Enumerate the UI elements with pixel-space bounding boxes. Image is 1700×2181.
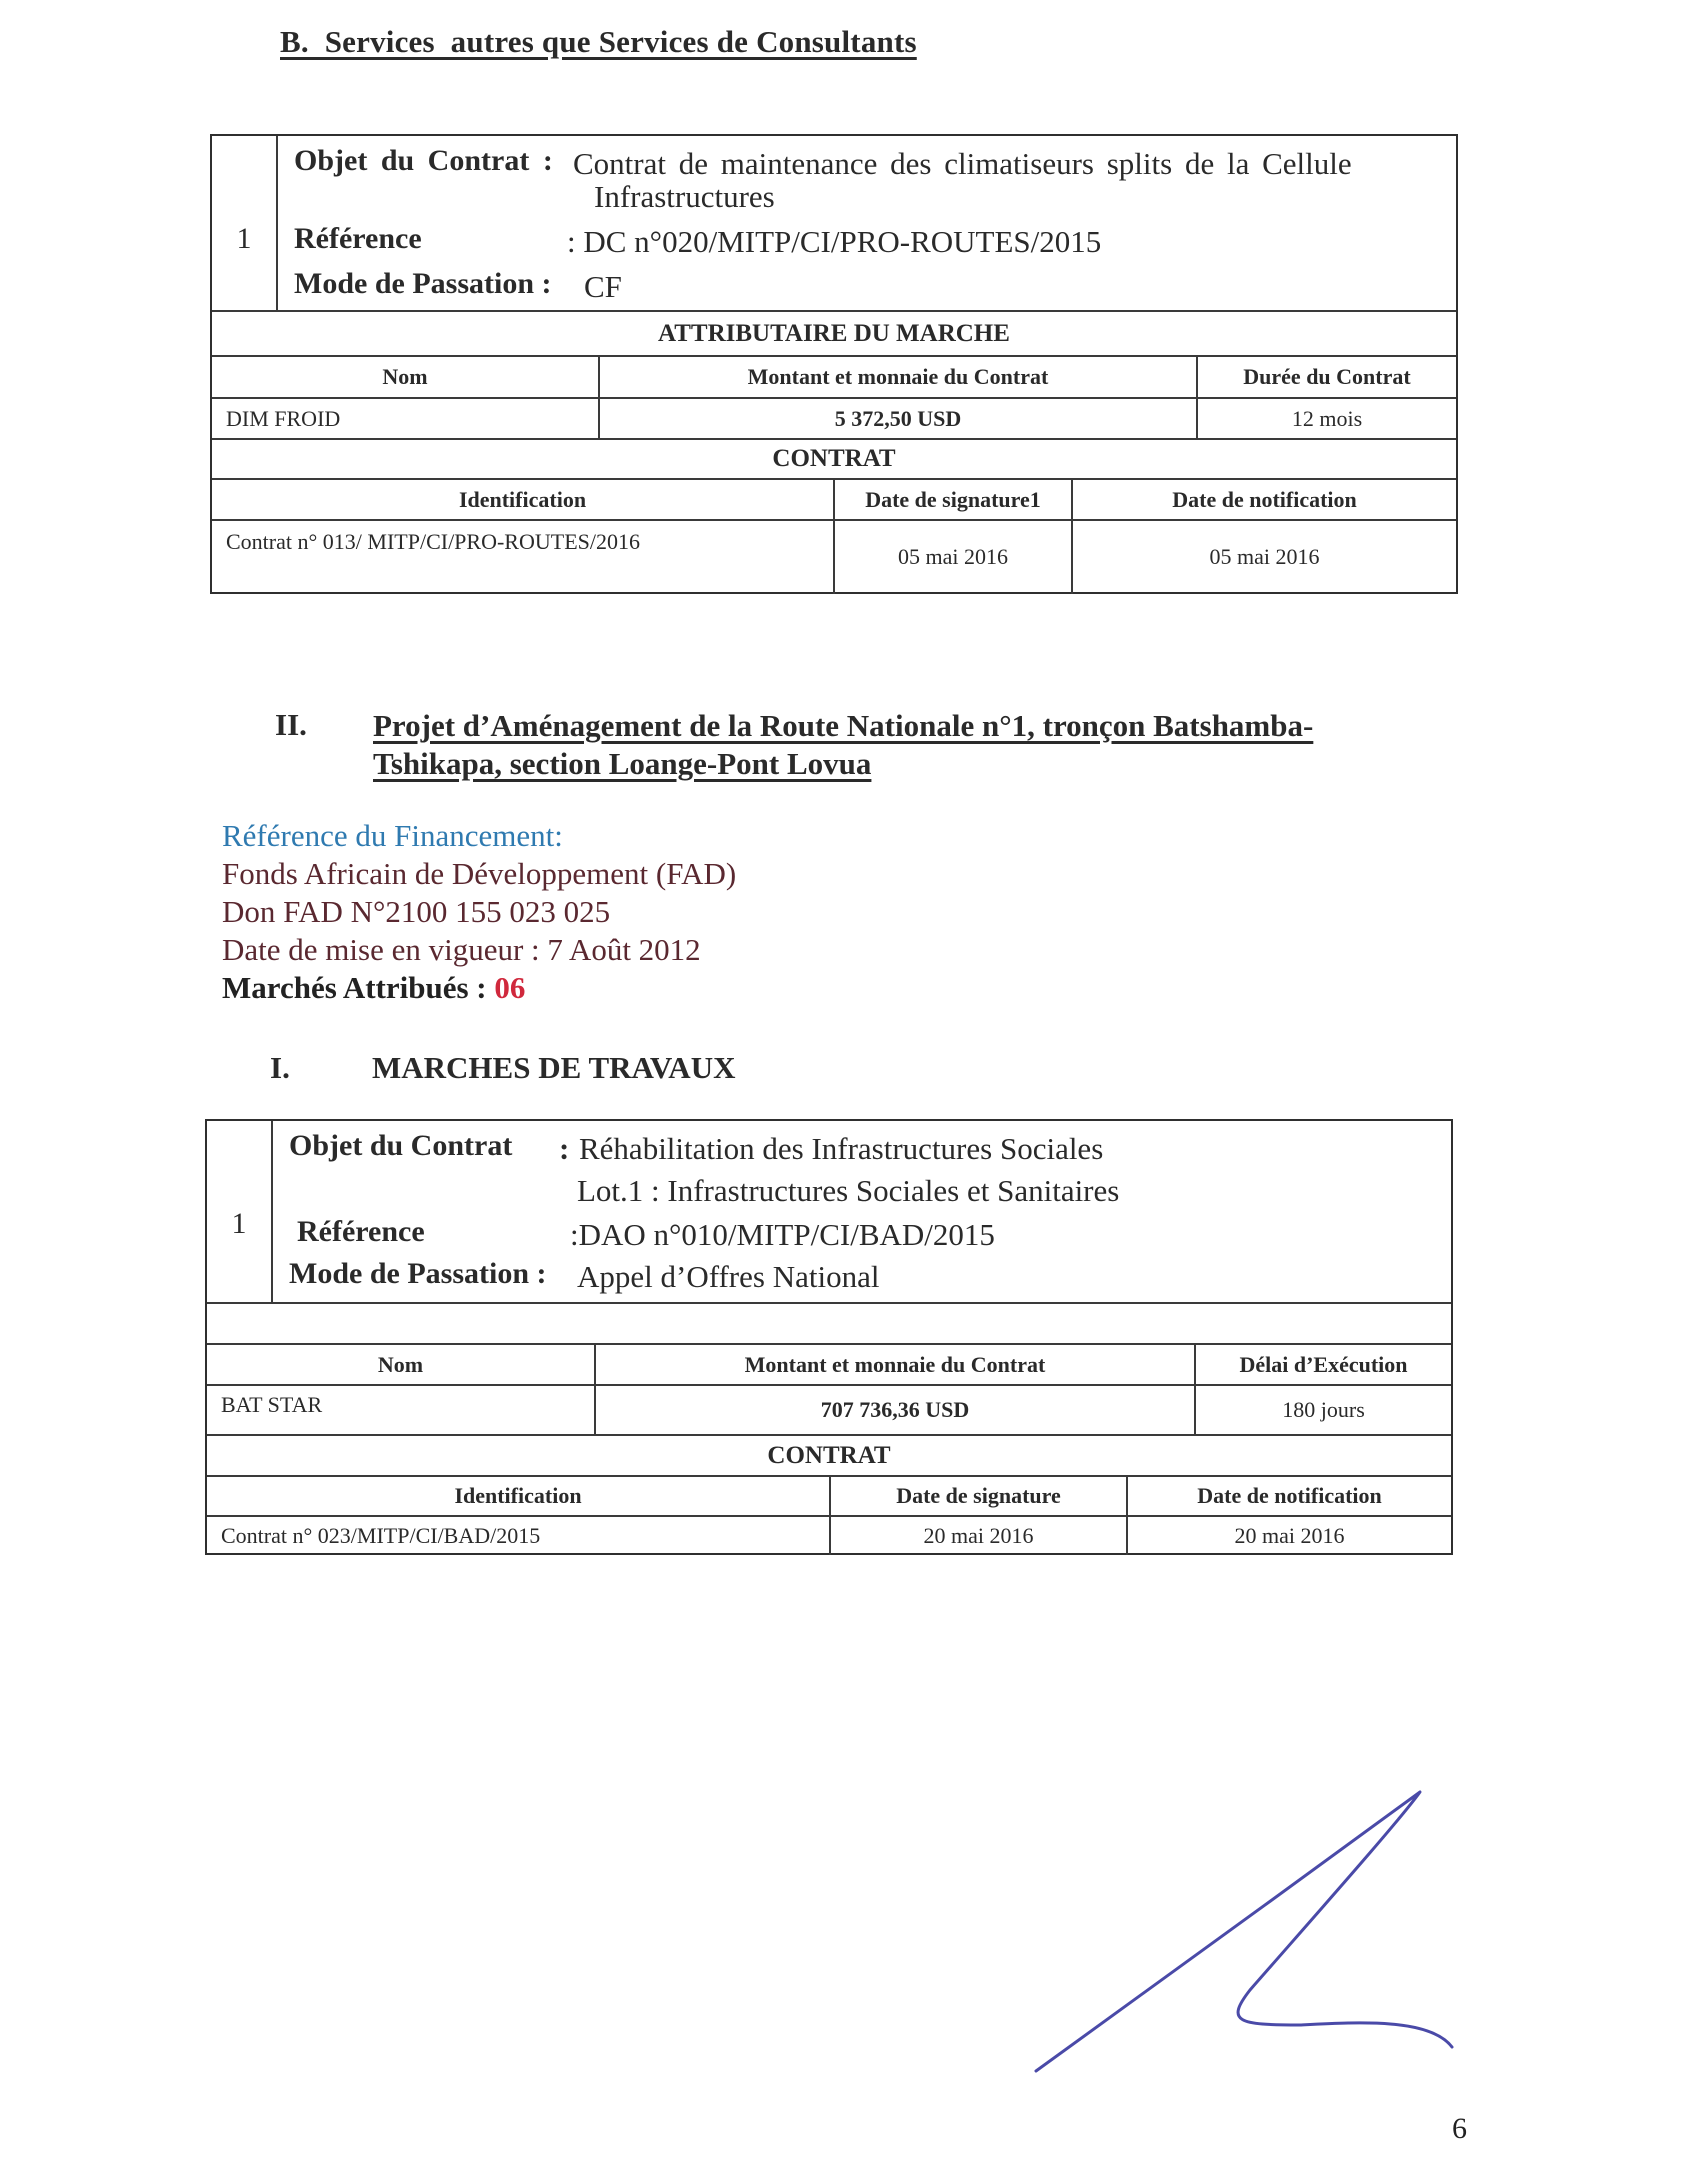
col-identification: Identification: [207, 1477, 829, 1515]
contract-table-1: 1 Objet du Contrat : Contrat de maintena…: [210, 134, 1458, 594]
contrat-header: CONTRAT: [207, 1436, 1451, 1475]
attributaire-delai: 180 jours: [1196, 1386, 1451, 1434]
reference-value: : DC n°020/MITP/CI/PRO-ROUTES/2015: [567, 224, 1101, 260]
marches-label: Marchés Attribués :: [222, 970, 494, 1005]
reference-label: Référence: [294, 222, 422, 256]
attributaire-header: ATTRIBUTAIRE DU MARCHE: [212, 312, 1456, 355]
section-ii-number: II.: [275, 707, 307, 743]
row-number: 1: [207, 1121, 271, 1241]
contrat-date-notification: 20 mai 2016: [1128, 1517, 1451, 1555]
reference-label: Référence: [297, 1215, 425, 1249]
objet-colon: :: [559, 1131, 569, 1167]
col-delai: Délai d’Exécution: [1196, 1345, 1451, 1384]
signature-icon: [1000, 1760, 1500, 2100]
col-date-notification: Date de notification: [1073, 480, 1456, 519]
objet-value-cont: Infrastructures: [594, 179, 775, 215]
contrat-date-notification: 05 mai 2016: [1073, 521, 1456, 592]
col-montant: Montant et monnaie du Contrat: [596, 1345, 1194, 1384]
attributaire-montant: 5 372,50 USD: [600, 399, 1196, 438]
contrat-date-signature: 20 mai 2016: [831, 1517, 1126, 1555]
objet-value-cont: Lot.1 : Infrastructures Sociales et Sani…: [577, 1173, 1119, 1209]
contract-table-2: 1 Objet du Contrat : Réhabilitation des …: [205, 1119, 1453, 1555]
mode-value: CF: [584, 269, 622, 305]
col-montant: Montant et monnaie du Contrat: [600, 357, 1196, 397]
col-date-notification: Date de notification: [1128, 1477, 1451, 1515]
financement-fund: Fonds Africain de Développement (FAD): [222, 856, 736, 892]
marches-attribues: Marchés Attribués : 06: [222, 970, 525, 1006]
row-number: 1: [212, 136, 276, 256]
col-date-signature: Date de signature1: [835, 480, 1071, 519]
col-date-signature: Date de signature: [831, 1477, 1126, 1515]
section-b-title: B. Services autres que Services de Consu…: [280, 24, 917, 60]
col-duree: Durée du Contrat: [1198, 357, 1456, 397]
section-i-title: MARCHES DE TRAVAUX: [372, 1050, 735, 1086]
objet-value: Contrat de maintenance des climatiseurs …: [573, 146, 1352, 182]
marches-count: 06: [494, 970, 525, 1005]
col-identification: Identification: [212, 480, 833, 519]
col-nom: Nom: [212, 357, 598, 397]
mode-label: Mode de Passation :: [294, 267, 552, 301]
objet-label: Objet du Contrat :: [294, 144, 553, 178]
financement-label: Référence du Financement:: [222, 818, 563, 854]
attributaire-montant: 707 736,36 USD: [596, 1386, 1194, 1434]
contrat-date-signature: 05 mai 2016: [835, 521, 1071, 592]
attributaire-nom: BAT STAR: [207, 1386, 594, 1434]
contrat-identification: Contrat n° 013/ MITP/CI/PRO-ROUTES/2016: [212, 521, 833, 592]
attributaire-nom: DIM FROID: [212, 399, 598, 438]
financement-date: Date de mise en vigueur : 7 Août 2012: [222, 932, 701, 968]
section-i-number: I.: [270, 1050, 290, 1086]
reference-value: :DAO n°010/MITP/CI/BAD/2015: [570, 1217, 995, 1253]
financement-don: Don FAD N°2100 155 023 025: [222, 894, 610, 930]
attributaire-header: [207, 1304, 1451, 1343]
section-ii-title: Projet d’Aménagement de la Route Nationa…: [373, 707, 1423, 783]
attributaire-duree: 12 mois: [1198, 399, 1456, 438]
objet-label: Objet du Contrat: [289, 1129, 512, 1163]
mode-label: Mode de Passation :: [289, 1257, 547, 1291]
mode-value: Appel d’Offres National: [577, 1259, 879, 1295]
objet-value: Réhabilitation des Infrastructures Socia…: [579, 1131, 1103, 1167]
col-nom: Nom: [207, 1345, 594, 1384]
contrat-header: CONTRAT: [212, 440, 1456, 478]
contrat-identification: Contrat n° 023/MITP/CI/BAD/2015: [207, 1517, 829, 1555]
page-number: 6: [1452, 2112, 1467, 2146]
